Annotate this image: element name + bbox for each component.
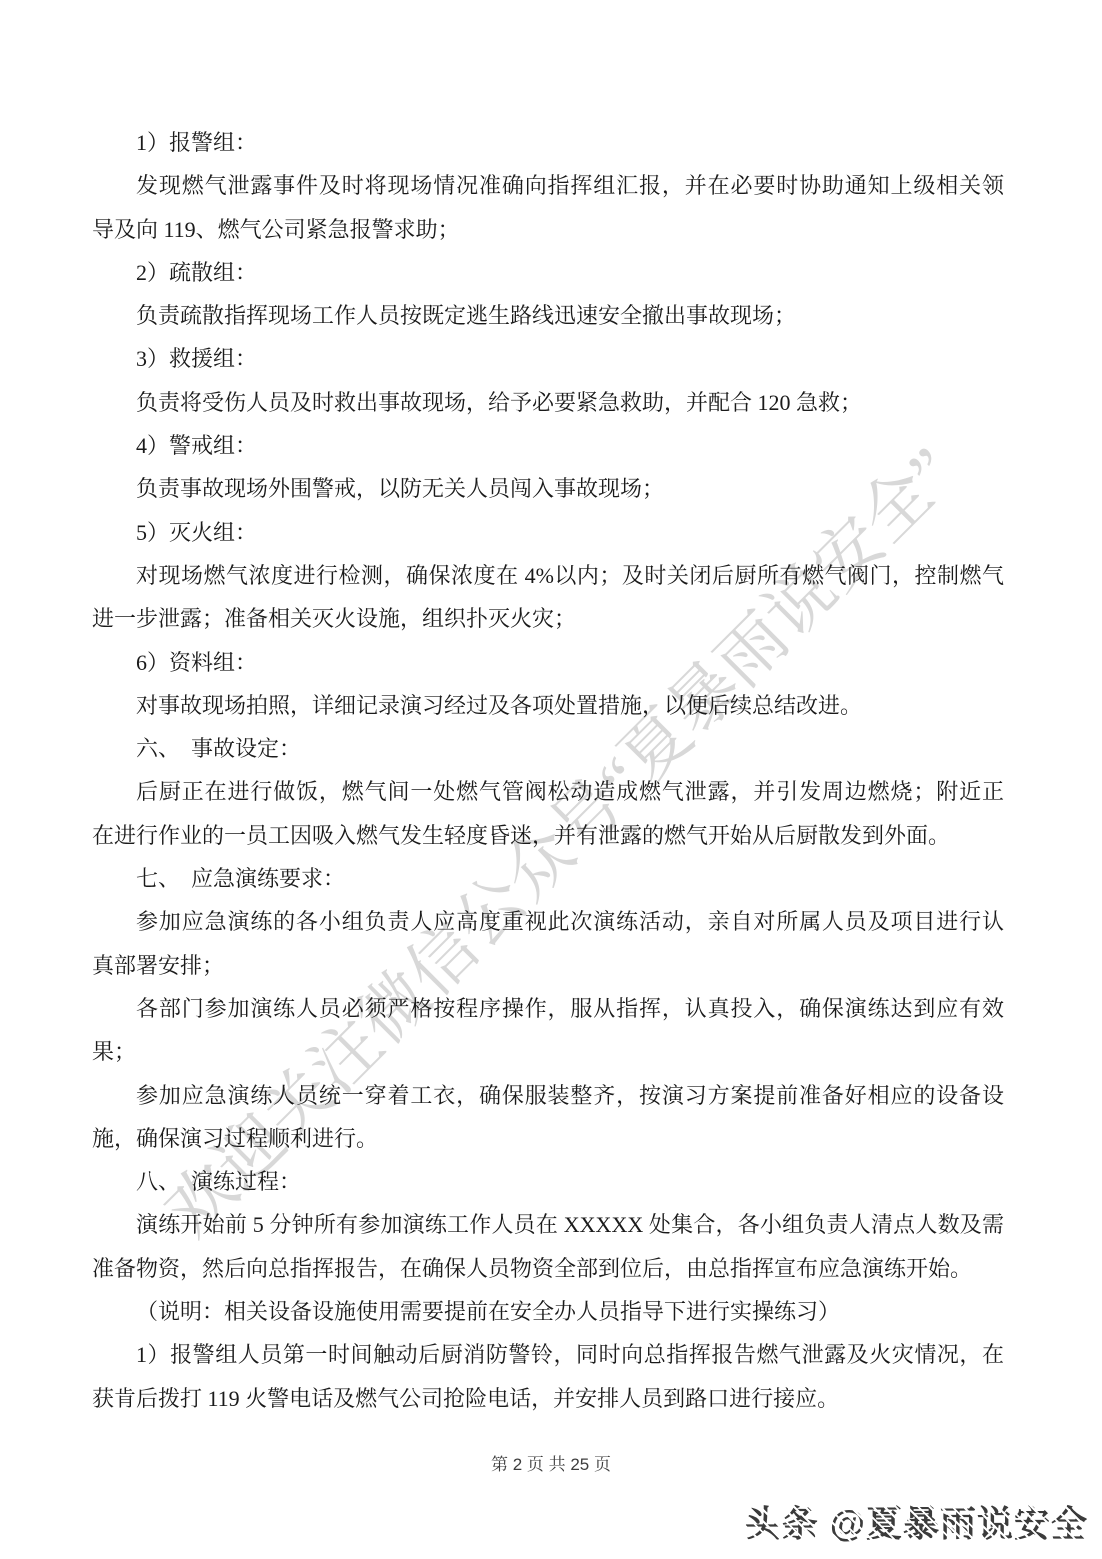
text-line: 4）警戒组： — [92, 424, 1004, 467]
text-line: 准备物资，然后向总指挥报告，在确保人员物资全部到位后，由总指挥宣布应急演练开始。 — [92, 1247, 1004, 1290]
text-line: 七、 应急演练要求： — [92, 857, 1004, 900]
text-line: 进一步泄露；准备相关灭火设施，组织扑灭火灾； — [92, 597, 1004, 640]
text-line: 参加应急演练的各小组负责人应高度重视此次演练活动，亲自对所属人员及项目进行认 — [92, 900, 1004, 943]
text-line: 对事故现场拍照，详细记录演习经过及各项处置措施，以便后续总结改进。 — [92, 684, 1004, 727]
text-line: 导及向 119、燃气公司紧急报警求助； — [92, 208, 1004, 251]
text-line: 1）报警组人员第一时间触动后厨消防警铃，同时向总指挥报告燃气泄露及火灾情况，在 — [92, 1333, 1004, 1376]
text-line: 负责将受伤人员及时救出事故现场，给予必要紧急救助，并配合 120 急救； — [92, 381, 1004, 424]
text-line: 在进行作业的一员工因吸入燃气发生轻度昏迷，并有泄露的燃气开始从后厨散发到外面。 — [92, 814, 1004, 857]
text-line: 获肯后拨打 119 火警电话及燃气公司抢险电话，并安排人员到路口进行接应。 — [92, 1377, 1004, 1420]
text-line: 六、 事故设定： — [92, 727, 1004, 770]
text-line: 真部署安排； — [92, 944, 1004, 987]
text-line: 1）报警组： — [92, 121, 1004, 164]
text-line: 后厨正在进行做饭，燃气间一处燃气管阀松动造成燃气泄露，并引发周边燃烧；附近正 — [92, 770, 1004, 813]
text-line: 负责疏散指挥现场工作人员按既定逃生路线迅速安全撤出事故现场； — [92, 294, 1004, 337]
toutiao-watermark: 头条 @夏暴雨说安全 — [745, 1496, 1088, 1547]
document-page: 欢迎关注微信公众号“夏暴雨说安全” 1）报警组：发现燃气泄露事件及时将现场情况准… — [0, 0, 1102, 1559]
text-line: 对现场燃气浓度进行检测，确保浓度在 4%以内；及时关闭后厨所有燃气阀门，控制燃气 — [92, 554, 1004, 597]
text-line: 果； — [92, 1030, 1004, 1073]
text-line: 负责事故现场外围警戒，以防无关人员闯入事故现场； — [92, 467, 1004, 510]
text-line: 发现燃气泄露事件及时将现场情况准确向指挥组汇报，并在必要时协助通知上级相关领 — [92, 164, 1004, 207]
text-line: 3）救援组： — [92, 337, 1004, 380]
text-line: 6）资料组： — [92, 641, 1004, 684]
page-number-footer: 第 2 页 共 25 页 — [0, 1450, 1102, 1475]
text-line: 八、 演练过程： — [92, 1160, 1004, 1203]
text-line: 各部门参加演练人员必须严格按程序操作，服从指挥，认真投入，确保演练达到应有效 — [92, 987, 1004, 1030]
text-line: 施，确保演习过程顺利进行。 — [92, 1117, 1004, 1160]
text-line: 演练开始前 5 分钟所有参加演练工作人员在 XXXXX 处集合，各小组负责人清点… — [92, 1203, 1004, 1246]
document-body: 1）报警组：发现燃气泄露事件及时将现场情况准确向指挥组汇报，并在必要时协助通知上… — [92, 121, 1004, 1420]
text-line: 2）疏散组： — [92, 251, 1004, 294]
text-line: 5）灭火组： — [92, 511, 1004, 554]
text-line: （说明：相关设备设施使用需要提前在安全办人员指导下进行实操练习） — [92, 1290, 1004, 1333]
text-line: 参加应急演练人员统一穿着工衣，确保服装整齐，按演习方案提前准备好相应的设备设 — [92, 1074, 1004, 1117]
